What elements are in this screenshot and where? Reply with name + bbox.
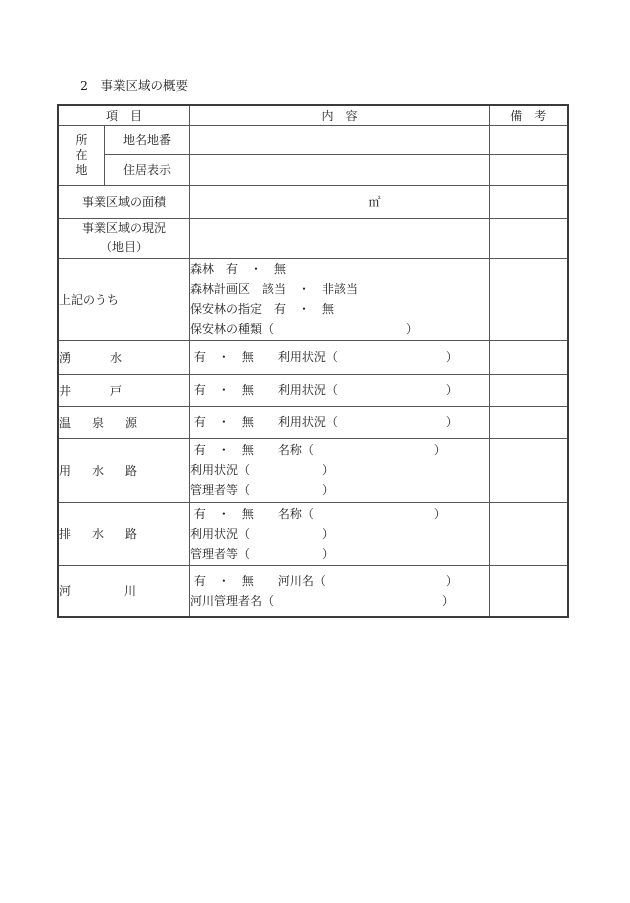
group-label-location-cell: 所在地 [58, 125, 105, 185]
content-cell-current-state [190, 218, 490, 258]
table-header-row: 項 目 内 容 備 考 [58, 105, 568, 125]
current-state-label-line1: 事業区域の現況 [59, 219, 189, 238]
row-label-current-state: 事業区域の現況 （地目） [58, 218, 190, 258]
remarks-cell-area [490, 185, 568, 218]
hot-spring-usage-line: 有 ・ 無 利用状況（ ） [190, 412, 489, 432]
project-area-overview-table: 項 目 内 容 備 考 所在地 地名地番 住居表示 事業区域の面積 ㎡ [57, 104, 569, 618]
irrigation-name-line: 有 ・ 無 名称（ ） [190, 440, 489, 460]
row-label-address-display: 住居表示 [105, 154, 190, 185]
row-label-river: 河川 [58, 565, 190, 617]
table-row-of-the-above: 上記のうち 森林 有 ・ 無 森林計画区 該当 ・ 非該当 保安林の指定 有 ・… [58, 258, 568, 340]
remarks-cell-lot-number [490, 125, 568, 154]
forest-plan-zone-line: 森林計画区 該当 ・ 非該当 [190, 279, 489, 299]
table-row-irrigation-channel: 用水路 有 ・ 無 名称（ ） 利用状況（ ） 管理者等（ ） [58, 438, 568, 502]
content-cell-lot-number [190, 125, 490, 154]
row-label-drainage-channel: 排水路 [58, 502, 190, 565]
well-usage-line: 有 ・ 無 利用状況（ ） [190, 380, 489, 400]
river-name-line: 有 ・ 無 河川名（ ） [190, 571, 489, 591]
table-row-current-state: 事業区域の現況 （地目） [58, 218, 568, 258]
row-label-spring-water: 湧水 [58, 340, 190, 374]
content-cell-hot-spring-source: 有 ・ 無 利用状況（ ） [190, 406, 490, 438]
column-header-content: 内 容 [190, 105, 490, 125]
remarks-cell-of-the-above [490, 258, 568, 340]
row-label-well: 井戸 [58, 374, 190, 406]
content-cell-irrigation-channel: 有 ・ 無 名称（ ） 利用状況（ ） 管理者等（ ） [190, 438, 490, 502]
current-state-label-line2: （地目） [59, 238, 189, 257]
content-cell-address-display [190, 154, 490, 185]
row-label-area: 事業区域の面積 [58, 185, 190, 218]
row-label-lot-number: 地名地番 [105, 125, 190, 154]
table-row-well: 井戸 有 ・ 無 利用状況（ ） [58, 374, 568, 406]
protection-forest-designation-line: 保安林の指定 有 ・ 無 [190, 299, 489, 319]
remarks-cell-current-state [490, 218, 568, 258]
content-cell-river: 有 ・ 無 河川名（ ） 河川管理者名（ ） [190, 565, 490, 617]
table-row-area: 事業区域の面積 ㎡ [58, 185, 568, 218]
remarks-cell-drainage-channel [490, 502, 568, 565]
irrigation-manager-line: 管理者等（ ） [190, 480, 489, 500]
column-header-remarks: 備 考 [490, 105, 568, 125]
remarks-cell-spring-water [490, 340, 568, 374]
table-row-drainage-channel: 排水路 有 ・ 無 名称（ ） 利用状況（ ） 管理者等（ ） [58, 502, 568, 565]
spring-water-usage-line: 有 ・ 無 利用状況（ ） [190, 347, 489, 367]
river-manager-line: 河川管理者名（ ） [190, 591, 489, 611]
remarks-cell-address-display [490, 154, 568, 185]
remarks-cell-irrigation-channel [490, 438, 568, 502]
table-row-hot-spring-source: 温泉源 有 ・ 無 利用状況（ ） [58, 406, 568, 438]
content-cell-spring-water: 有 ・ 無 利用状況（ ） [190, 340, 490, 374]
table-row-address-display: 住居表示 [58, 154, 568, 185]
forest-presence-line: 森林 有 ・ 無 [190, 259, 489, 279]
protection-forest-type-line: 保安林の種類（ ） [190, 319, 489, 339]
remarks-cell-well [490, 374, 568, 406]
document-page: 2 事業区域の概要 項 目 内 容 備 考 所在地 地名地番 住居表示 [0, 0, 630, 903]
group-label-location: 所在地 [75, 133, 88, 178]
drainage-name-line: 有 ・ 無 名称（ ） [190, 504, 489, 524]
table-row-spring-water: 湧水 有 ・ 無 利用状況（ ） [58, 340, 568, 374]
remarks-cell-river [490, 565, 568, 617]
table-row-lot-number: 所在地 地名地番 [58, 125, 568, 154]
content-cell-area-unit: ㎡ [190, 185, 490, 218]
content-cell-well: 有 ・ 無 利用状況（ ） [190, 374, 490, 406]
page-title: 2 事業区域の概要 [80, 77, 188, 95]
content-cell-drainage-channel: 有 ・ 無 名称（ ） 利用状況（ ） 管理者等（ ） [190, 502, 490, 565]
table-row-river: 河川 有 ・ 無 河川名（ ） 河川管理者名（ ） [58, 565, 568, 617]
column-header-item: 項 目 [58, 105, 190, 125]
drainage-manager-line: 管理者等（ ） [190, 544, 489, 564]
content-cell-of-the-above: 森林 有 ・ 無 森林計画区 該当 ・ 非該当 保安林の指定 有 ・ 無 保安林… [190, 258, 490, 340]
drainage-usage-line: 利用状況（ ） [190, 524, 489, 544]
row-label-irrigation-channel: 用水路 [58, 438, 190, 502]
row-label-of-the-above: 上記のうち [58, 258, 190, 340]
remarks-cell-hot-spring-source [490, 406, 568, 438]
row-label-hot-spring-source: 温泉源 [58, 406, 190, 438]
irrigation-usage-line: 利用状況（ ） [190, 460, 489, 480]
